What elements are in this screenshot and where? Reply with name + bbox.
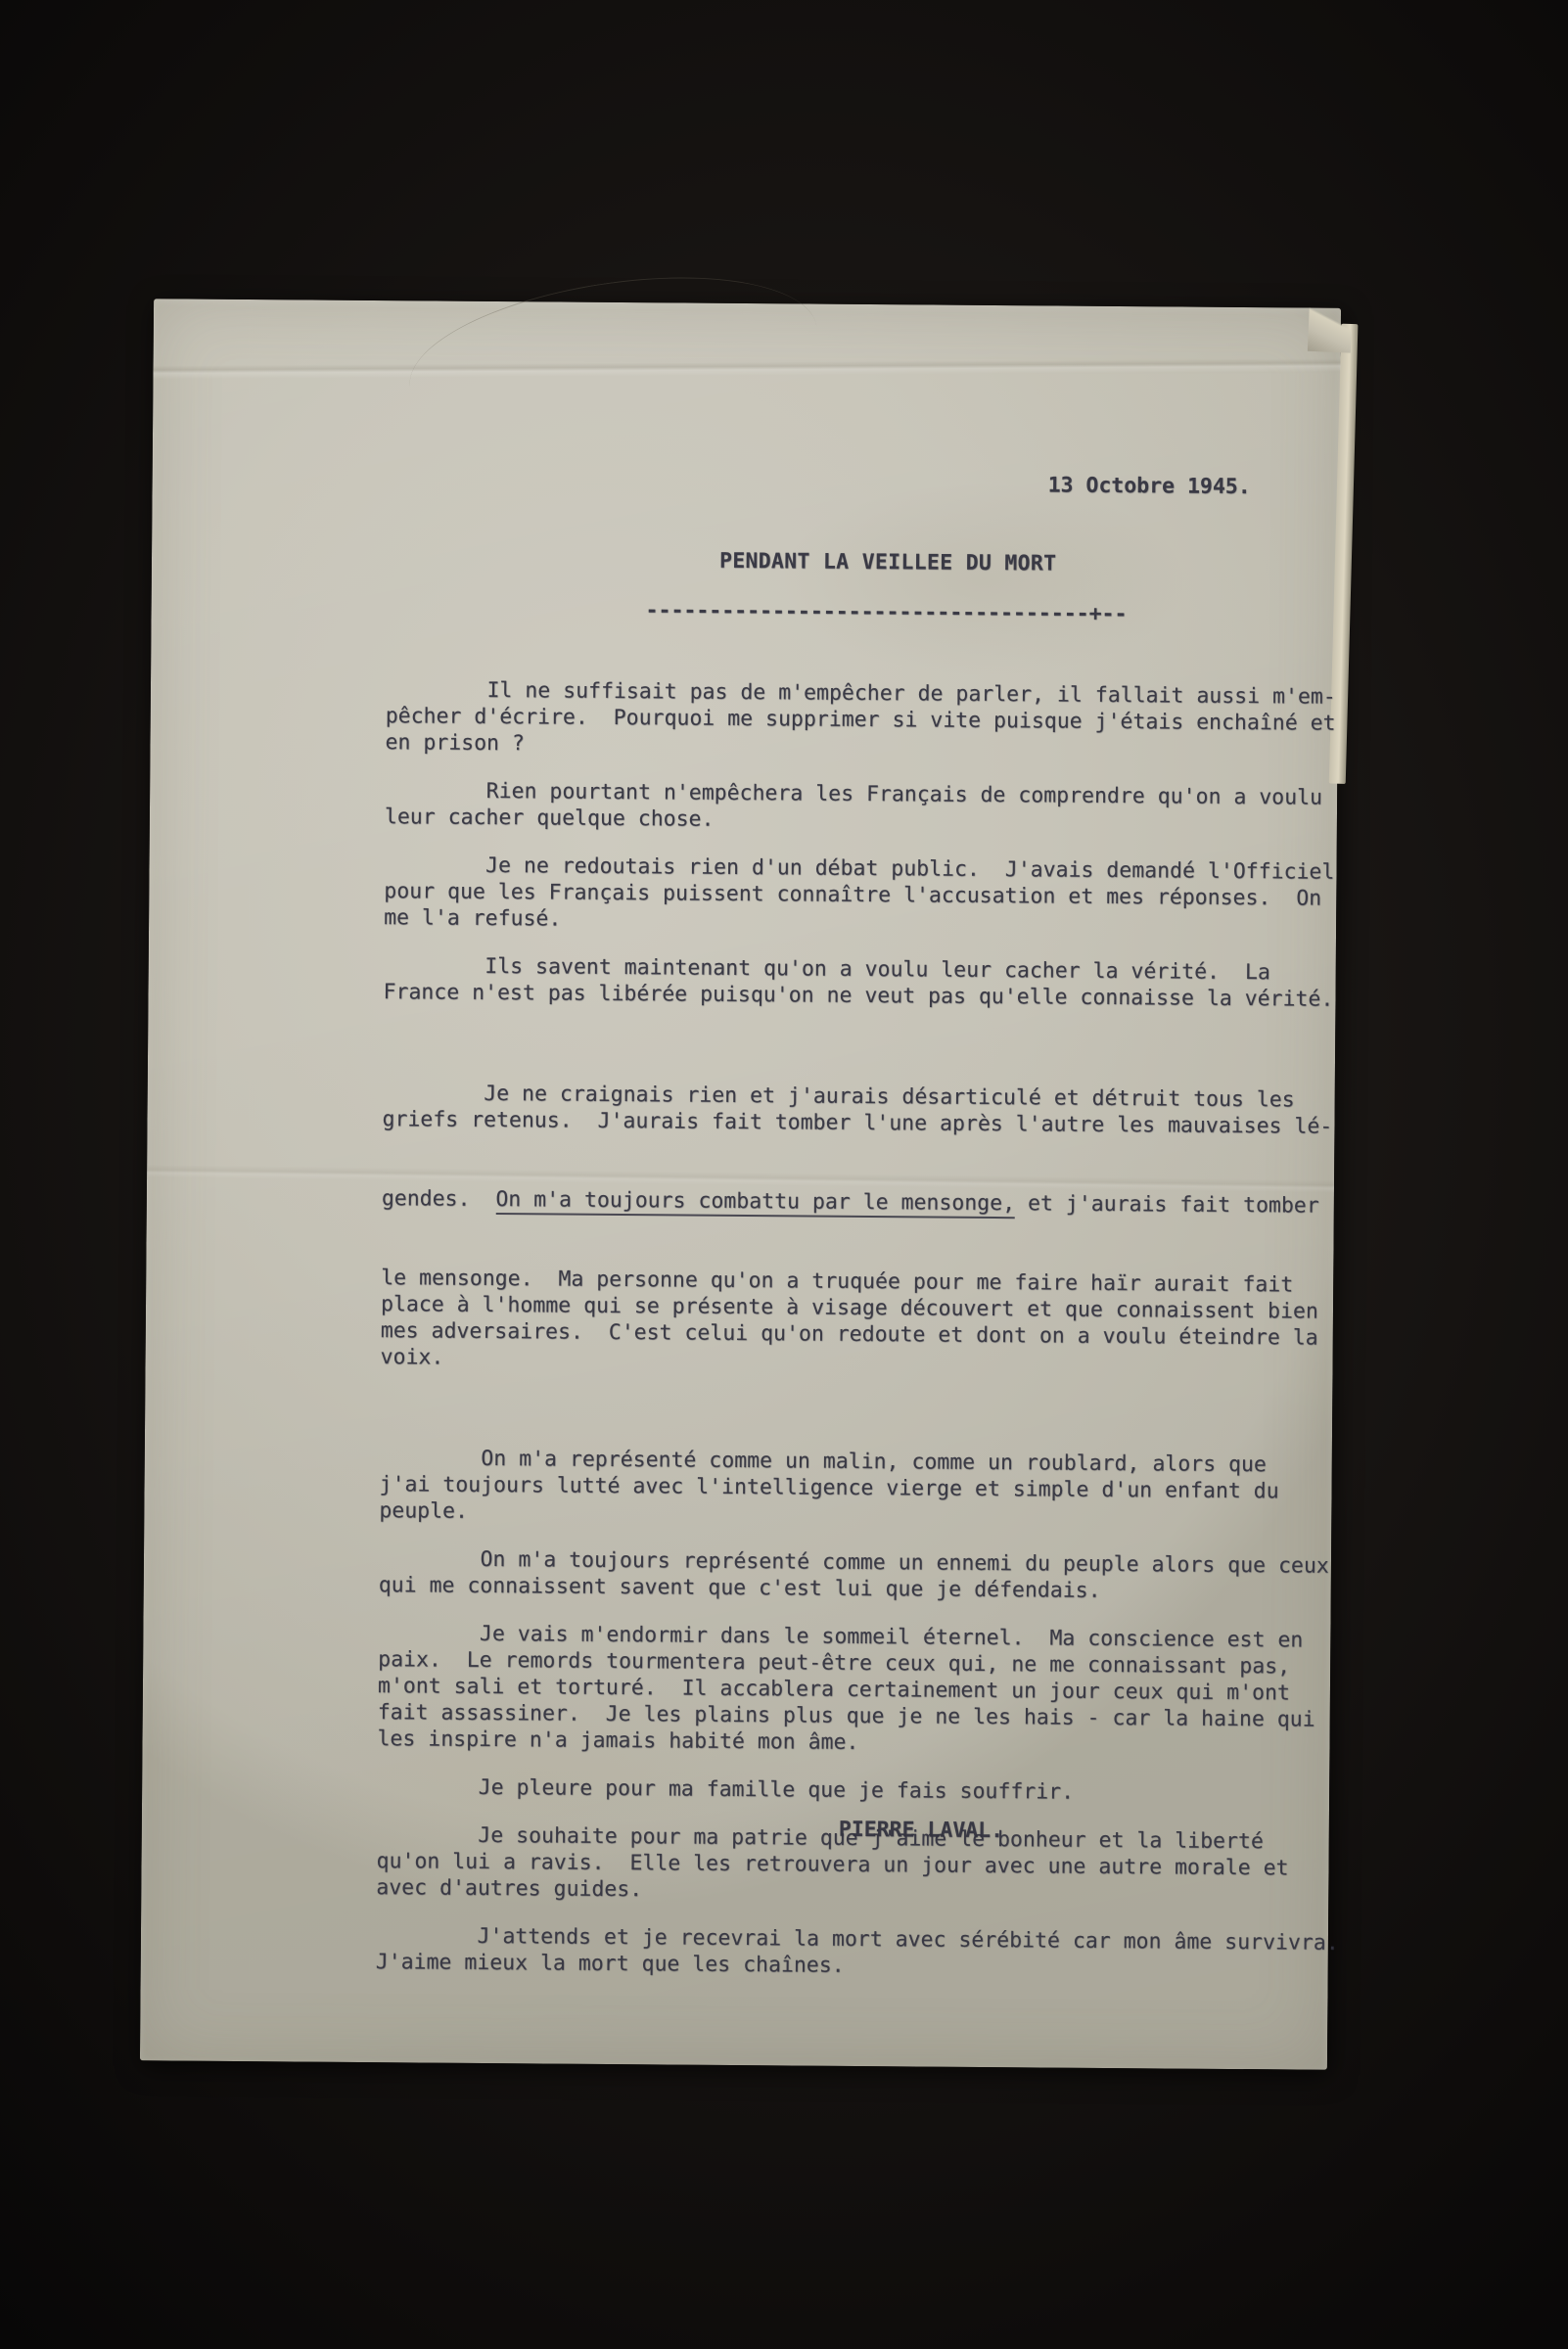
document-date: 13 Octobre 1945. [1048, 472, 1251, 500]
paragraph-2: Rien pourtant n'empêchera les Français d… [385, 777, 1349, 838]
paragraph-6: On m'a représenté comme un malin, comme … [379, 1445, 1344, 1532]
paragraph-3: Je ne redoutais rien d'un débat public. … [384, 852, 1349, 939]
document-page: 13 Octobre 1945. PENDANT LA VEILLEE DU M… [140, 299, 1341, 2069]
signature: PIERRE LAVAL. [839, 1817, 1003, 1844]
paragraph-9: Je pleure pour ma famille que je fais so… [377, 1773, 1341, 1808]
document-title: PENDANT LA VEILLEE DU MORT [719, 548, 1057, 577]
paragraph-5: Je ne craignais rien et j'aurais désarti… [380, 1027, 1347, 1431]
underlined-phrase: On m'a toujours combattu par le mensonge… [495, 1187, 1015, 1219]
paragraph-1: Il ne suffisait pas de m'empêcher de par… [385, 676, 1350, 763]
paragraph-8: Je vais m'endormir dans le sommeil étern… [377, 1620, 1342, 1760]
paragraph-5-lines-top: Je ne craignais rien et j'aurais désarti… [382, 1080, 1346, 1140]
paragraph-7: On m'a toujours représenté comme un enne… [379, 1545, 1343, 1606]
title-underline: -----------------------------------+-- [645, 597, 1127, 627]
underline-line-suffix: et j'aurais fait tomber [1015, 1191, 1319, 1218]
paragraph-11: J'attends et je recevrai la mort avec sé… [376, 1922, 1340, 1983]
paragraph-4: Ils savent maintenant qu'on a voulu leur… [383, 952, 1347, 1013]
paragraph-5-underlined-line: gendes. On m'a toujours combattu par le … [382, 1185, 1346, 1220]
photo-background: 13 Octobre 1945. PENDANT LA VEILLEE DU M… [0, 0, 1568, 2349]
folded-corner [1308, 302, 1353, 353]
paper-stain [777, 480, 1190, 678]
paragraph-5-lines-bottom: le mensonge. Ma personne qu'on a truquée… [380, 1265, 1345, 1378]
underline-line-prefix: gendes. [382, 1186, 496, 1212]
document-body: Il ne suffisait pas de m'empêcher de par… [376, 676, 1350, 1983]
paper-scratch [399, 253, 828, 461]
